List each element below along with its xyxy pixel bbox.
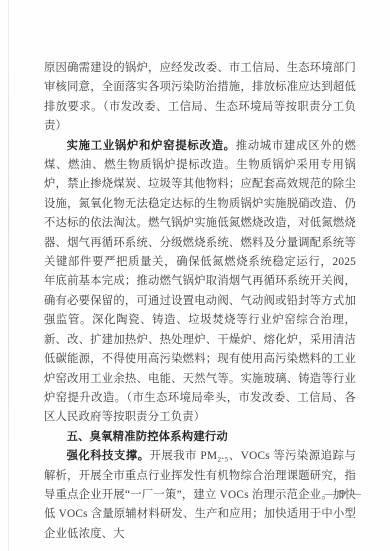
paragraph-text: 开展我市 PM₂.₅、VOCs 等污染源追踪与解析，开展全市重点行业挥发性有机物… xyxy=(44,450,356,540)
paragraph-continuation: 原因确需建设的锅炉，应经发改委、市工信局、生态环境部门审核同意，全面落实各项污染… xyxy=(44,59,356,137)
page-number: — 9 — xyxy=(324,488,362,500)
paragraph-text: 原因确需建设的锅炉，应经发改委、市工信局、生态环境部门审核同意，全面落实各项污染… xyxy=(44,62,356,132)
document-page: 原因确需建设的锅炉，应经发改委、市工信局、生态环境部门审核同意，全面落实各项污染… xyxy=(0,0,390,551)
text-block: 原因确需建设的锅炉，应经发改委、市工信局、生态环境部门审核同意，全面落实各项污染… xyxy=(44,59,356,544)
section-heading: 五、臭氧精准防控体系构建行动 xyxy=(44,428,356,447)
section-heading-text: 五、臭氧精准防控体系构建行动 xyxy=(67,431,228,443)
paragraph-lead: 强化科技支撑。 xyxy=(67,450,150,462)
scan-edge-shadow xyxy=(8,0,9,551)
paragraph-text: 推动城市建成区外的燃煤、燃油、燃生物质锅炉提标改造。生物质锅炉采用专用锅炉，禁止… xyxy=(44,140,356,424)
paragraph-lead: 实施工业锅炉和炉窑提标改造。 xyxy=(67,140,236,152)
paragraph-boiler-upgrade: 实施工业锅炉和炉窑提标改造。推动城市建成区外的燃煤、燃油、燃生物质锅炉提标改造。… xyxy=(44,137,356,428)
paragraph-science-support: 强化科技支撑。开展我市 PM₂.₅、VOCs 等污染源追踪与解析，开展全市重点行… xyxy=(44,447,356,544)
